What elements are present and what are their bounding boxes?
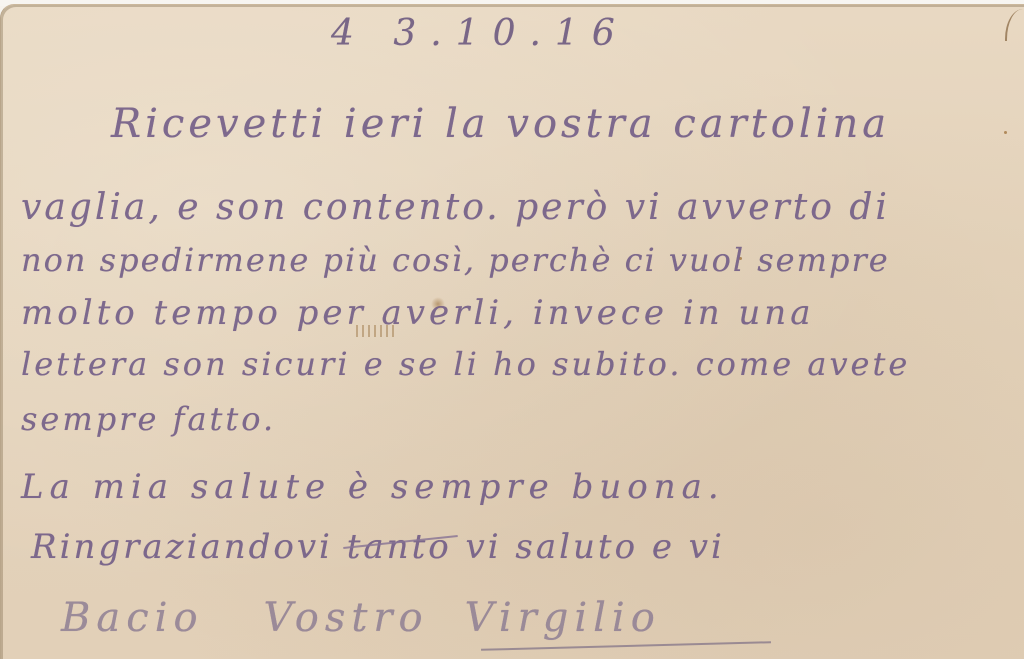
letter-line-1: Ricevetti ieri la vostra cartolina bbox=[111, 101, 890, 147]
line-8-start: Ringraziandovi bbox=[31, 527, 347, 567]
signature-underline bbox=[481, 641, 771, 651]
letter-line-4: molto tempo per averli, invece in una bbox=[21, 293, 814, 333]
letter-line-3: non spedirmene più così, perchè ci vuol … bbox=[21, 241, 890, 279]
letter-line-6: sempre fatto. bbox=[21, 400, 276, 438]
letter-line-2: vaglia, e son contento. però vi avverto … bbox=[21, 187, 890, 228]
closing-signature: BacioVostroVirgilio bbox=[61, 595, 661, 641]
letter-date: 4 3.10.16 bbox=[331, 13, 629, 54]
letter-line-7: La mia salute è sempre buona. bbox=[21, 467, 725, 507]
letter-line-5: lettera son sicuri e se li ho subito. co… bbox=[21, 345, 910, 383]
closing-word-vostro: Vostro bbox=[264, 595, 429, 641]
postcard-paper: 4 3.10.16 Ricevetti ieri la vostra carto… bbox=[0, 4, 1024, 659]
paper-speck bbox=[1004, 131, 1007, 134]
crossed-out-word: tanto bbox=[347, 527, 452, 567]
line-8-end: vi saluto e vi bbox=[452, 527, 725, 567]
signature-name: Virgilio bbox=[465, 595, 661, 641]
closing-word-bacio: Bacio bbox=[61, 595, 204, 641]
paper-corner-curl bbox=[1005, 9, 1024, 41]
letter-line-8: Ringraziandovi tanto vi saluto e vi bbox=[31, 527, 725, 567]
